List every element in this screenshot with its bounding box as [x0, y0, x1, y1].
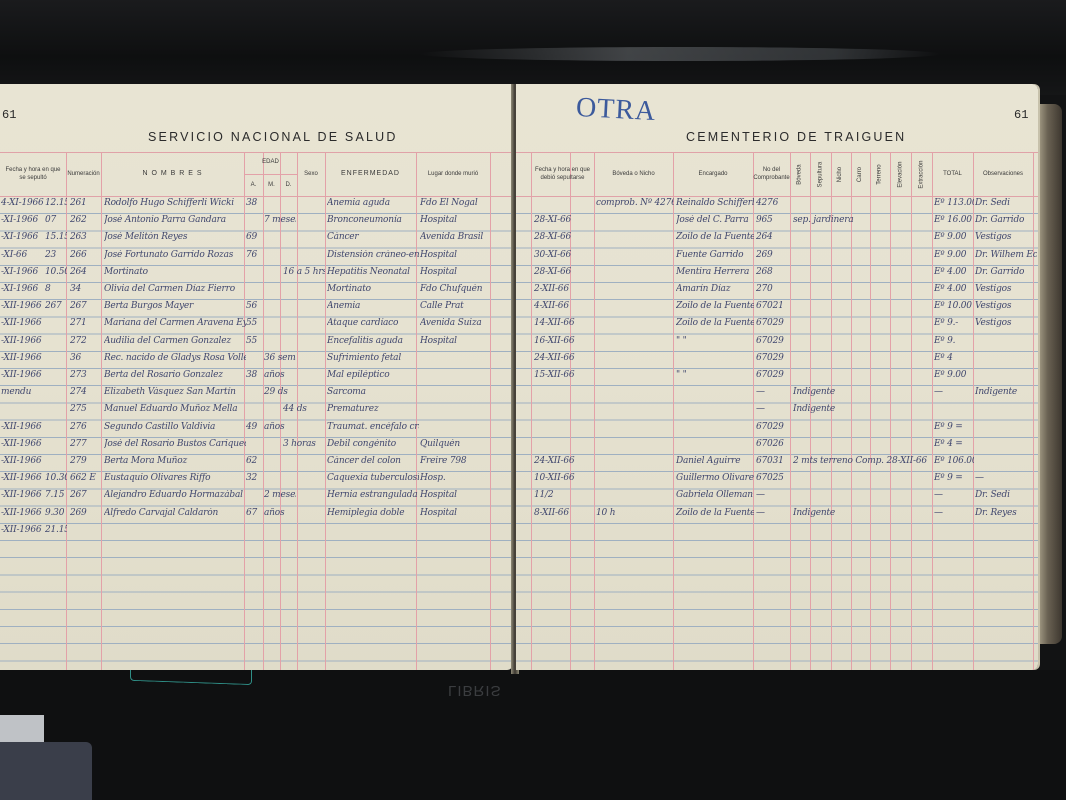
page-number: 61 [2, 108, 16, 122]
cell-numeracion: 273 [70, 370, 101, 380]
cell-fecha: -XII-1966 [1, 336, 45, 346]
cell-total: Eº 9. [934, 336, 974, 346]
cell-enfermedad: Cáncer del colon [327, 456, 419, 466]
cell-fecha: -XI-1966 [1, 267, 45, 277]
cell-lugar: Hospital [420, 336, 490, 346]
cell-hora: 12.15 [45, 198, 67, 208]
table-row: 11/2Gabriela Olleman——Dr. Sedi [516, 489, 1038, 506]
cell-numeracion: 272 [70, 336, 101, 346]
cell-numeracion: 36 [70, 353, 101, 363]
cell-lugar: Hospital [420, 267, 490, 277]
cell-hora: 9.30 [45, 508, 67, 518]
table-row: 275Manuel Eduardo Muñoz Mella44 dsPremat… [0, 403, 513, 420]
col-header-extraccion: Extracción [911, 152, 932, 197]
cell-enfermedad: Mal epiléptico [327, 370, 419, 380]
cell-fecha: -XII-1966 [1, 422, 45, 432]
cell-observaciones: Dr. Reyes [975, 508, 1037, 518]
cell-fecha: 30-XI-66 [534, 250, 594, 260]
cell-total: Eº 10.00 [934, 301, 974, 311]
cell-total: Eº 9.00 [934, 232, 974, 242]
page-number: 61 [1014, 108, 1028, 122]
cell-total: Eº 9 = [934, 473, 974, 483]
cell-nombre: Rodolfo Hugo Schifferli Wicki [104, 198, 246, 208]
right-page: OTRA 61 CEMENTERIO DE TRAIGUEN Fecha y h… [516, 84, 1038, 670]
cell-lugar: Quilquén [420, 439, 490, 449]
cell-fecha: -XII-1966 [1, 439, 45, 449]
col-header-sexo: Sexo [297, 152, 325, 197]
cell-numeracion: 263 [70, 232, 101, 242]
cell-total: Eº 9 = [934, 422, 974, 432]
cell-comprobante: 67029 [756, 422, 792, 432]
table-row: 24-XII-66Daniel Aguirre670312 mts terren… [516, 455, 1038, 472]
table-row: -XII-1966279Berta Mora Muñoz62Cáncer del… [0, 455, 513, 472]
cell-comprobante: 67021 [756, 301, 792, 311]
cell-fecha: -XII-1966 [1, 456, 45, 466]
cell-fecha: -XI-1966 [1, 232, 45, 242]
cell-enfermedad: Ataque cardíaco [327, 318, 419, 328]
col-header-boveda: Bóveda [790, 152, 810, 197]
cell-comprobante: 67029 [756, 353, 792, 363]
cell-enfermedad: Hernia estrangulada [327, 490, 419, 500]
cell-edad-meses: años [264, 422, 296, 432]
cell-comprobante: 264 [756, 232, 792, 242]
cell-fecha: 2-XII-66 [534, 284, 594, 294]
cell-numeracion: 266 [70, 250, 101, 260]
cell-fecha: 4-XII-66 [534, 301, 594, 311]
cell-lugar: Fdo Chufquén [420, 284, 490, 294]
cell-fecha: 24-XII-66 [534, 456, 594, 466]
cell-total: — [934, 490, 974, 500]
table-row: mendu274Elizabeth Vásquez San Martín29 d… [0, 386, 513, 403]
cell-observaciones: Dr. Garrido [975, 215, 1037, 225]
cell-fecha: 28-XI-66 [534, 267, 594, 277]
col-header-edad-anos: A. [244, 174, 263, 197]
cell-encargado: José del C. Parra [676, 215, 754, 225]
cell-nombre: Segundo Castillo Valdivia [104, 422, 246, 432]
col-header-carro: Carro [851, 152, 870, 197]
col-header-numeracion: Numeración [66, 152, 101, 197]
table-row: -XI-196610.50264Mortinato16 a 5 hrsHepat… [0, 266, 513, 283]
table-row: -XII-1966267267Berta Burgos Mayer56Anemi… [0, 300, 513, 317]
table-row: -XII-196621.15 [0, 524, 513, 541]
cell-edad-anos: 55 [246, 318, 264, 328]
cell-fecha: 15-XII-66 [534, 370, 594, 380]
cell-nombre: Mortinato [104, 267, 246, 277]
cell-enfermedad: Sufrimiento fetal [327, 353, 419, 363]
table-row: 2-XII-66Amarín Díaz270Eº 4.00Vestigos [516, 283, 1038, 300]
col-header-nombres: N O M B R E S [101, 152, 244, 197]
cell-hora: 21.15 [45, 525, 67, 535]
cell-nombre: Olivia del Carmen Díaz Fierro [104, 284, 246, 294]
page-title: CEMENTERIO DE TRAIGUEN [686, 130, 906, 144]
cell-numeracion: 276 [70, 422, 101, 432]
cell-total: Eº 4 [934, 353, 974, 363]
cell-nombre: Manuel Eduardo Muñoz Mella [104, 404, 246, 414]
col-header-encargado: Encargado [673, 152, 753, 197]
cell-fecha: -XI-1966 [1, 215, 45, 225]
cell-edad-meses: años [264, 508, 296, 518]
cell-enfermedad: Prematurez [327, 404, 419, 414]
cell-enfermedad: Traumat. encéfalo craneano [327, 422, 419, 432]
table-row: -XII-196636Rec. nacido de Gladys Rosa Vo… [0, 352, 513, 369]
cell-enfermedad: Hepatitis Neonatal [327, 267, 419, 277]
cell-derechos: 2 mts terreno Comp. 28-XII-66 [793, 456, 931, 466]
cell-enfermedad: Caquexia tuberculosis pulmonar [327, 473, 419, 483]
cell-fecha: -XII-1966 [1, 473, 45, 483]
cell-nombre: Rec. nacido de Gladys Rosa Vollete Matam… [104, 353, 246, 363]
cell-total: Eº 113.00 [934, 198, 974, 208]
cell-fecha: 8-XII-66 [534, 508, 594, 518]
cell-boveda-nicho: comprob. Nº 4276 ... compra 4 m5 ... ter… [596, 198, 674, 208]
cell-encargado: Fuente Garrido [676, 250, 754, 260]
cell-comprobante: 268 [756, 267, 792, 277]
cell-nombre: Elizabeth Vásquez San Martín [104, 387, 246, 397]
cell-nombre: José Antonio Parra Gandara [104, 215, 246, 225]
cell-encargado: Amarín Díaz [676, 284, 754, 294]
cell-comprobante: — [756, 387, 792, 397]
cell-total: — [934, 508, 974, 518]
cell-enfermedad: Sarcoma [327, 387, 419, 397]
cell-edad-anos: 62 [246, 456, 264, 466]
page-edge [1038, 104, 1062, 644]
cell-enfermedad: Cáncer [327, 232, 419, 242]
brand-mark: LIBRIS [448, 682, 502, 699]
col-header-nicho: Nicho [831, 152, 851, 197]
cell-edad-meses: años [264, 370, 296, 380]
cell-fecha: -XII-1966 [1, 301, 45, 311]
col-header-enfermedad: ENFERMEDAD [325, 152, 416, 197]
cell-lugar: Hospital [420, 250, 490, 260]
cell-lugar: Avenida Brasil [420, 232, 490, 242]
cell-enfermedad: Encefalitis aguda [327, 336, 419, 346]
col-header-edad-dias: D. [280, 174, 297, 197]
cell-comprobante: 67029 [756, 370, 792, 380]
cell-numeracion: 279 [70, 456, 101, 466]
cell-comprobante: 269 [756, 250, 792, 260]
cell-fecha: -XII-1966 [1, 370, 45, 380]
cell-fecha: 4-XI-1966 [1, 198, 45, 208]
cell-enfermedad: Hemiplegia doble [327, 508, 419, 518]
cell-encargado: Daniel Aguirre [676, 456, 754, 466]
cell-nombre: Eustaquio Olivares Riffo [104, 473, 246, 483]
cell-hora: 23 [45, 250, 67, 260]
cell-total: Eº 4.00 [934, 267, 974, 277]
table-row: 28-XI-66Mentira Herrera268Eº 4.00Dr. Gar… [516, 266, 1038, 283]
col-header-fecha: Fecha y hora en que se sepultó [0, 152, 66, 197]
cell-lugar: Hospital [420, 215, 490, 225]
table-row: -XII-1966271Mariana del Carmen Aravena E… [0, 317, 513, 334]
cell-nombre: Audilia del Carmen Gonzalez [104, 336, 246, 346]
cell-numeracion: 269 [70, 508, 101, 518]
background-card [0, 742, 92, 800]
cell-nombre: Mariana del Carmen Aravena Eyzaguirre [104, 318, 246, 328]
cell-edad-anos: 67 [246, 508, 264, 518]
cell-hora: 15.15 [45, 232, 67, 242]
table-row: 10-XII-66Guillermo Olivares67025Eº 9 =— [516, 472, 1038, 489]
col-header-observaciones: Observaciones [973, 152, 1033, 197]
cell-edad-meses: 36 semanas [264, 353, 296, 363]
cell-nombre: José Fortunato Garrido Rozas [104, 250, 246, 260]
table-row: 67026Eº 4 = [516, 438, 1038, 455]
table-row: 67029Eº 9 = [516, 421, 1038, 438]
cell-nombre: Berta del Rosario Gonzalez [104, 370, 246, 380]
cell-nombre: Alejandro Eduardo Hormazábal [104, 490, 246, 500]
cell-numeracion: 264 [70, 267, 101, 277]
cell-enfermedad: Bronconeumonía [327, 215, 419, 225]
cell-fecha: -XII-1966 [1, 318, 45, 328]
cell-edad-anos: 49 [246, 422, 264, 432]
cell-edad-anos: 38 [246, 370, 264, 380]
cell-nombre: Berta Mora Muñoz [104, 456, 246, 466]
cell-fecha: -XII-1966 [1, 353, 45, 363]
background-bottom [0, 670, 1066, 800]
cell-encargado: Zoilo de la Fuente [676, 301, 754, 311]
cell-lugar: Avenida Suiza [420, 318, 490, 328]
table-row: 15-XII-66" "67029Eº 9.00 [516, 369, 1038, 386]
cell-encargado: Zoilo de la Fuente [676, 318, 754, 328]
cell-observaciones: Dr. Wilhem Eclengle [975, 250, 1037, 260]
cell-edad-anos: 38 [246, 198, 264, 208]
page-title: SERVICIO NACIONAL DE SALUD [148, 130, 398, 144]
cell-comprobante: 67029 [756, 318, 792, 328]
cell-enfermedad: Anemia [327, 301, 419, 311]
cell-comprobante: 67025 [756, 473, 792, 483]
cell-comprobante: 270 [756, 284, 792, 294]
cell-hora: 10.50 [45, 267, 67, 277]
cell-encargado: " " [676, 370, 754, 380]
cell-total: Eº 106.00 [934, 456, 974, 466]
cell-total: Eº 4.00 [934, 284, 974, 294]
cell-fecha: -XII-1966 [1, 525, 45, 535]
cell-encargado: Zoilo de la Fuente [676, 232, 754, 242]
cell-lugar: Fdo El Nogal [420, 198, 490, 208]
cell-numeracion: 277 [70, 439, 101, 449]
cell-enfermedad: Distensión cráneo-encefálica [327, 250, 419, 260]
cell-edad-anos: 56 [246, 301, 264, 311]
cell-comprobante: — [756, 490, 792, 500]
cell-derechos: Indigente [793, 387, 931, 397]
cell-fecha: 14-XII-66 [534, 318, 594, 328]
cell-nombre: Berta Burgos Mayer [104, 301, 246, 311]
table-row: -XI-196615.15263José Melitón Reyes69Cánc… [0, 231, 513, 248]
cell-edad-meses: 7 meses [264, 215, 296, 225]
table-row: —Indigente [516, 403, 1038, 420]
cell-edad-meses: 29 ds [264, 387, 296, 397]
cell-edad-dias: 16 a 5 hrs [283, 267, 325, 277]
col-header-lugar: Lugar donde murió [416, 152, 490, 197]
cell-numeracion: 261 [70, 198, 101, 208]
handwritten-stamp: OTRA [575, 92, 657, 128]
cell-comprobante: 4276 [756, 198, 792, 208]
cell-total: Eº 9.00 [934, 370, 974, 380]
table-row: -XI-6623266José Fortunato Garrido Rozas7… [0, 249, 513, 266]
table-row: -XII-1966273Berta del Rosario Gonzalez38… [0, 369, 513, 386]
cell-hora: 07 [45, 215, 67, 225]
cell-numeracion: 262 [70, 215, 101, 225]
cell-derechos: Indigente [793, 508, 931, 518]
table-row: -XII-1966272Audilia del Carmen Gonzalez5… [0, 335, 513, 352]
cell-nombre: Alfredo Carvajal Caldarón [104, 508, 246, 518]
cell-fecha: 24-XII-66 [534, 353, 594, 363]
table-row: 4-XII-66Zoilo de la Fuente67021Eº 10.00V… [516, 300, 1038, 317]
col-header-comprobante: No del Comprobante [753, 152, 790, 197]
cell-numeracion: 275 [70, 404, 101, 414]
cell-enfermedad: Mortinato [327, 284, 419, 294]
cell-hora: 267 [45, 301, 67, 311]
cell-edad-anos: 69 [246, 232, 264, 242]
cell-numeracion: 662 E [70, 473, 101, 483]
background-paper-scrap [0, 715, 44, 745]
cell-total: — [934, 387, 974, 397]
cell-observaciones: Vestigos [975, 284, 1037, 294]
col-header-fecha: Fecha y hora en que debió sepultarse [531, 152, 594, 197]
cell-numeracion: 267 [70, 490, 101, 500]
table-row: 16-XII-66" "67029Eº 9. [516, 335, 1038, 352]
cell-fecha: -XI-66 [1, 250, 45, 260]
table-row: -XII-1966276Segundo Castillo Valdivia49a… [0, 421, 513, 438]
cell-lugar: Calle Prat [420, 301, 490, 311]
cell-encargado: Reinaldo Schifferli [676, 198, 754, 208]
cell-fecha: 16-XII-66 [534, 336, 594, 346]
cell-lugar: Hospital [420, 508, 490, 518]
cell-observaciones: Indigente [975, 387, 1037, 397]
cell-comprobante: 67029 [756, 336, 792, 346]
cell-hora: 7.15 [45, 490, 67, 500]
cell-edad-anos: 32 [246, 473, 264, 483]
cell-boveda-nicho: 10 h [596, 508, 674, 518]
cell-encargado: Guillermo Olivares [676, 473, 754, 483]
table-row: -XII-19667.15267Alejandro Eduardo Hormaz… [0, 489, 513, 506]
table-row: 14-XII-66Zoilo de la Fuente67029Eº 9.-Ve… [516, 317, 1038, 334]
cell-fecha: 28-XI-66 [534, 215, 594, 225]
cell-hora: 8 [45, 284, 67, 294]
cell-edad-dias: 44 ds [283, 404, 325, 414]
cell-enfermedad: Anemia aguda [327, 198, 419, 208]
cell-nombre: José del Rosario Bustos Cariqueo [104, 439, 246, 449]
cell-derechos: sep. jardinera [793, 215, 931, 225]
table-row: 28-XI-66José del C. Parra965sep. jardine… [516, 214, 1038, 231]
table-row: -XI-196607262José Antonio Parra Gandara7… [0, 214, 513, 231]
cell-lugar: Freire 798 [420, 456, 490, 466]
cell-comprobante: 67031 [756, 456, 792, 466]
cell-observaciones: Vestigos [975, 301, 1037, 311]
cell-fecha: -XII-1966 [1, 490, 45, 500]
cell-comprobante: 965 [756, 215, 792, 225]
cell-nombre: José Melitón Reyes [104, 232, 246, 242]
table-row: -XI-1966834Olivia del Carmen Díaz Fierro… [0, 283, 513, 300]
cell-hora: 10.30 [45, 473, 67, 483]
cell-fecha: 11/2 [534, 490, 594, 500]
cell-derechos: Indigente [793, 404, 931, 414]
table-row: -XII-19669.30269Alfredo Carvajal Caldaró… [0, 507, 513, 524]
col-header-sepultura: Sepultura [810, 152, 831, 197]
cell-fecha: -XII-1966 [1, 508, 45, 518]
cell-observaciones: — [975, 473, 1037, 483]
cell-comprobante: — [756, 404, 792, 414]
cell-total: Eº 16.00 [934, 215, 974, 225]
cell-encargado: Gabriela Olleman [676, 490, 754, 500]
cell-encargado: Zoilo de la Fuente [676, 508, 754, 518]
cell-observaciones: Dr. Garrido [975, 267, 1037, 277]
table-row: -XII-196610.30662 EEustaquio Olivares Ri… [0, 472, 513, 489]
col-header-total: TOTAL [932, 152, 973, 197]
table-row: 4-XI-196612.15261Rodolfo Hugo Schifferli… [0, 197, 513, 214]
table-row: comprob. Nº 4276 ... compra 4 m5 ... ter… [516, 197, 1038, 214]
table-row: -XII-1966277José del Rosario Bustos Cari… [0, 438, 513, 455]
table-row: 8-XII-6610 hZoilo de la Fuente—Indigente… [516, 507, 1038, 524]
cell-fecha: -XI-1966 [1, 284, 45, 294]
cell-enfermedad: Debil congénito [327, 439, 419, 449]
left-page: 61 SERVICIO NACIONAL DE SALUD Fecha y ho… [0, 84, 513, 670]
cell-edad-dias: 3 horas [283, 439, 325, 449]
cell-numeracion: 271 [70, 318, 101, 328]
table-row: 24-XII-6667029Eº 4 [516, 352, 1038, 369]
col-header-elevacion: Elevación [890, 152, 911, 197]
table-row: 30-XI-66Fuente Garrido269Eº 9.00Dr. Wilh… [516, 249, 1038, 266]
col-header-edad: EDAD [244, 152, 297, 174]
cell-lugar: Hospital [420, 490, 490, 500]
cell-total: Eº 4 = [934, 439, 974, 449]
cell-fecha: 10-XII-66 [534, 473, 594, 483]
col-header-edad-meses: M. [263, 174, 280, 197]
table-row: —Indigente—Indigente [516, 386, 1038, 403]
cell-total: Eº 9.- [934, 318, 974, 328]
cell-observaciones: Vestigos [975, 318, 1037, 328]
table-row: 28-XI-66Zoilo de la Fuente264Eº 9.00Vest… [516, 231, 1038, 248]
cell-lugar: Hosp. [420, 473, 490, 483]
cell-comprobante: — [756, 508, 792, 518]
cell-edad-meses: 2 meses [264, 490, 296, 500]
cell-total: Eº 9.00 [934, 250, 974, 260]
cell-numeracion: 34 [70, 284, 101, 294]
cell-numeracion: 267 [70, 301, 101, 311]
cell-numeracion: 274 [70, 387, 101, 397]
cell-observaciones: Dr. Sedi [975, 198, 1037, 208]
cell-edad-anos: 76 [246, 250, 264, 260]
cell-encargado: " " [676, 336, 754, 346]
cell-comprobante: 67026 [756, 439, 792, 449]
cell-fecha: 28-XI-66 [534, 232, 594, 242]
background-highlight [420, 47, 940, 61]
cell-encargado: Mentira Herrera [676, 267, 754, 277]
cell-fecha: mendu [1, 387, 45, 397]
col-header-terreno: Terreno [870, 152, 890, 197]
cell-edad-anos: 55 [246, 336, 264, 346]
cell-observaciones: Vestigos [975, 232, 1037, 242]
col-header-boveda-nicho: Bóveda o Nicho [594, 152, 673, 197]
cell-observaciones: Dr. Sedi [975, 490, 1037, 500]
